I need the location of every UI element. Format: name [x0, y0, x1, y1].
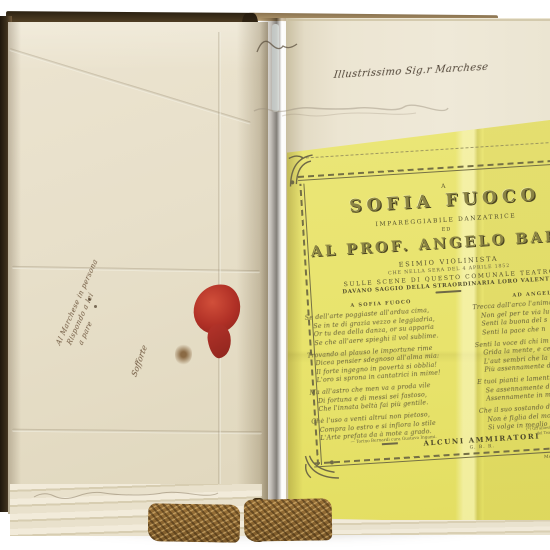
left-page-folded-letter: Al Marchese in persona Rispondo a lei a … [8, 22, 268, 514]
broadside-printed-area: A SOFIA FUOCO IMPAREGGIABILE DANZATRICE … [286, 133, 550, 502]
printer-imprint: Modena [544, 454, 550, 460]
fold-crease-horizontal-1 [12, 266, 260, 273]
ink-speck [88, 298, 91, 301]
fold-crease-horizontal-2 [12, 429, 262, 435]
ink-stain [175, 344, 192, 365]
ink-speck [94, 305, 97, 308]
corner-ornament-top-left-icon [282, 151, 318, 191]
sonnet-stanza: Trovando al plauso le importune rime Dic… [307, 343, 463, 387]
middle-ornament-rule [435, 290, 461, 294]
ink-flourish [253, 30, 305, 60]
right-sonnet-header: AD ANGELO BART [472, 286, 550, 301]
fold-crease-vertical [218, 32, 221, 500]
right-page-top-edge [288, 19, 550, 21]
yellow-broadside: A SOFIA FUOCO IMPAREGGIABILE DANZATRICE … [287, 118, 550, 526]
sonnet-columns: A SOFIA FUOCO Se dell'arte poggiaste all… [304, 286, 550, 445]
address-line: Rispondo a lei [63, 210, 133, 352]
sonnet-stanza: Se dell'arte poggiaste all'ardua cima, S… [305, 305, 461, 349]
handwritten-address: Al Marchese in persona Rispondo a lei a … [54, 205, 141, 358]
book-photo: Al Marchese in persona Rispondo a lei a … [0, 0, 550, 550]
worn-board-right [244, 498, 333, 542]
worn-board-left [148, 503, 241, 543]
pencil-inscription-squiggle [252, 102, 464, 118]
sonnet-stanza: Senti la voce di chi im Grida la mente, … [475, 332, 550, 376]
corner-ornament-bottom-left-icon [303, 452, 341, 484]
ink-scribbles [32, 488, 222, 504]
sonnet-stanza: Trecca dall'arco l'anima e l'ard Non gel… [472, 295, 550, 339]
handwritten-note-word: Sofforte [130, 343, 149, 378]
fold-crease-diagonal [9, 48, 251, 125]
left-sonnet-column: A SOFIA FUOCO Se dell'arte poggiaste all… [304, 296, 466, 445]
right-sonnet-column: AD ANGELO BART Trecca dall'arco l'anima … [472, 286, 550, 435]
column-end-dash [382, 442, 398, 445]
